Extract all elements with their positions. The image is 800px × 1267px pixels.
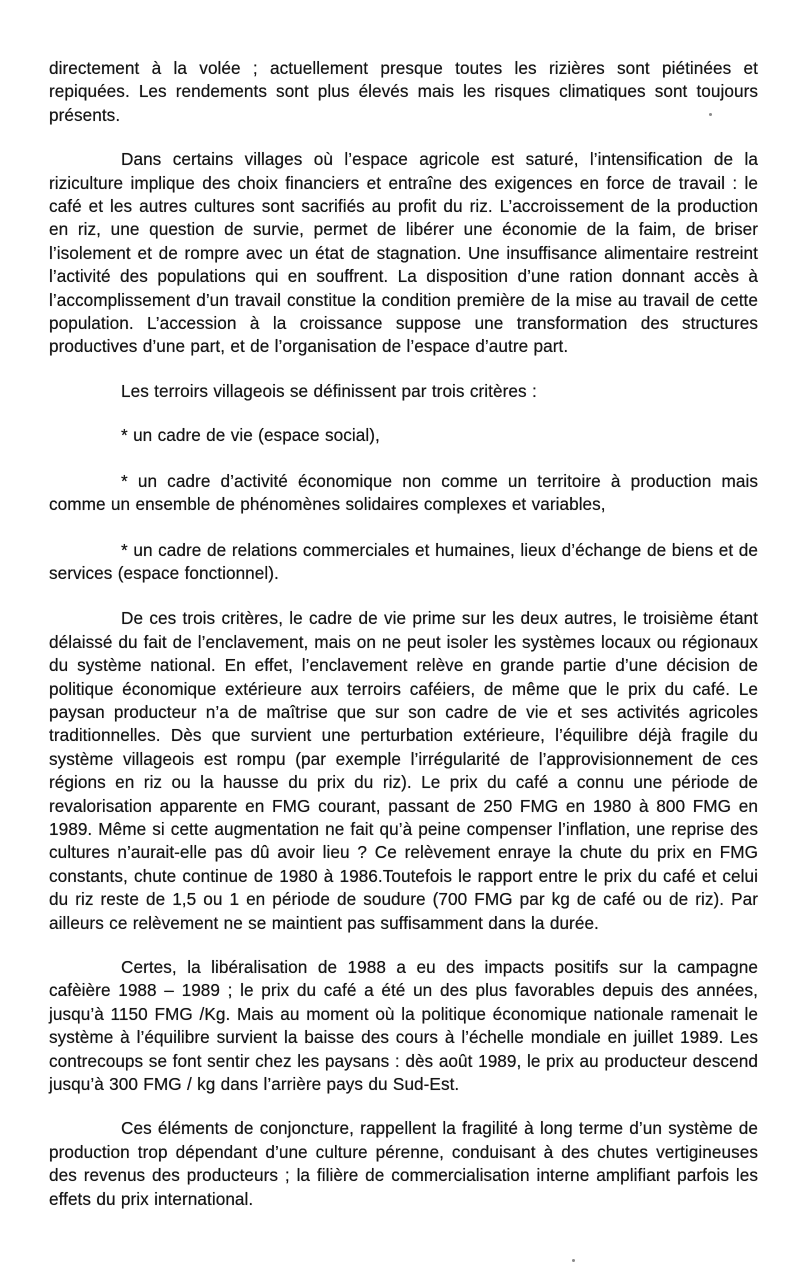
bullet-cadre-relations-commerciales: * un cadre de relations commerciales et …: [49, 539, 758, 586]
paragraph-trois-criteres-analyse: De ces trois critères, le cadre de vie p…: [49, 607, 758, 935]
paragraph-conclusion-conjoncture: Ces éléments de conjoncture, rappellent …: [49, 1117, 758, 1211]
scanned-document-page: directement à la volée ; actuellement pr…: [0, 0, 800, 1267]
paragraph-liberalisation-1988: Certes, la libéralisation de 1988 a eu d…: [49, 956, 758, 1096]
paragraph-intensification-riziculture: Dans certains villages où l’espace agric…: [49, 148, 758, 359]
paragraph-terroirs-intro: Les terroirs villageois se définissent p…: [49, 380, 758, 403]
bullet-cadre-activite-economique: * un cadre d’activité économique non com…: [49, 470, 758, 517]
scan-artifact-dot: [572, 1259, 575, 1262]
bullet-cadre-de-vie: * un cadre de vie (espace social),: [49, 424, 758, 447]
paragraph-continuation: directement à la volée ; actuellement pr…: [49, 57, 758, 127]
scan-artifact-dot: [709, 113, 712, 116]
